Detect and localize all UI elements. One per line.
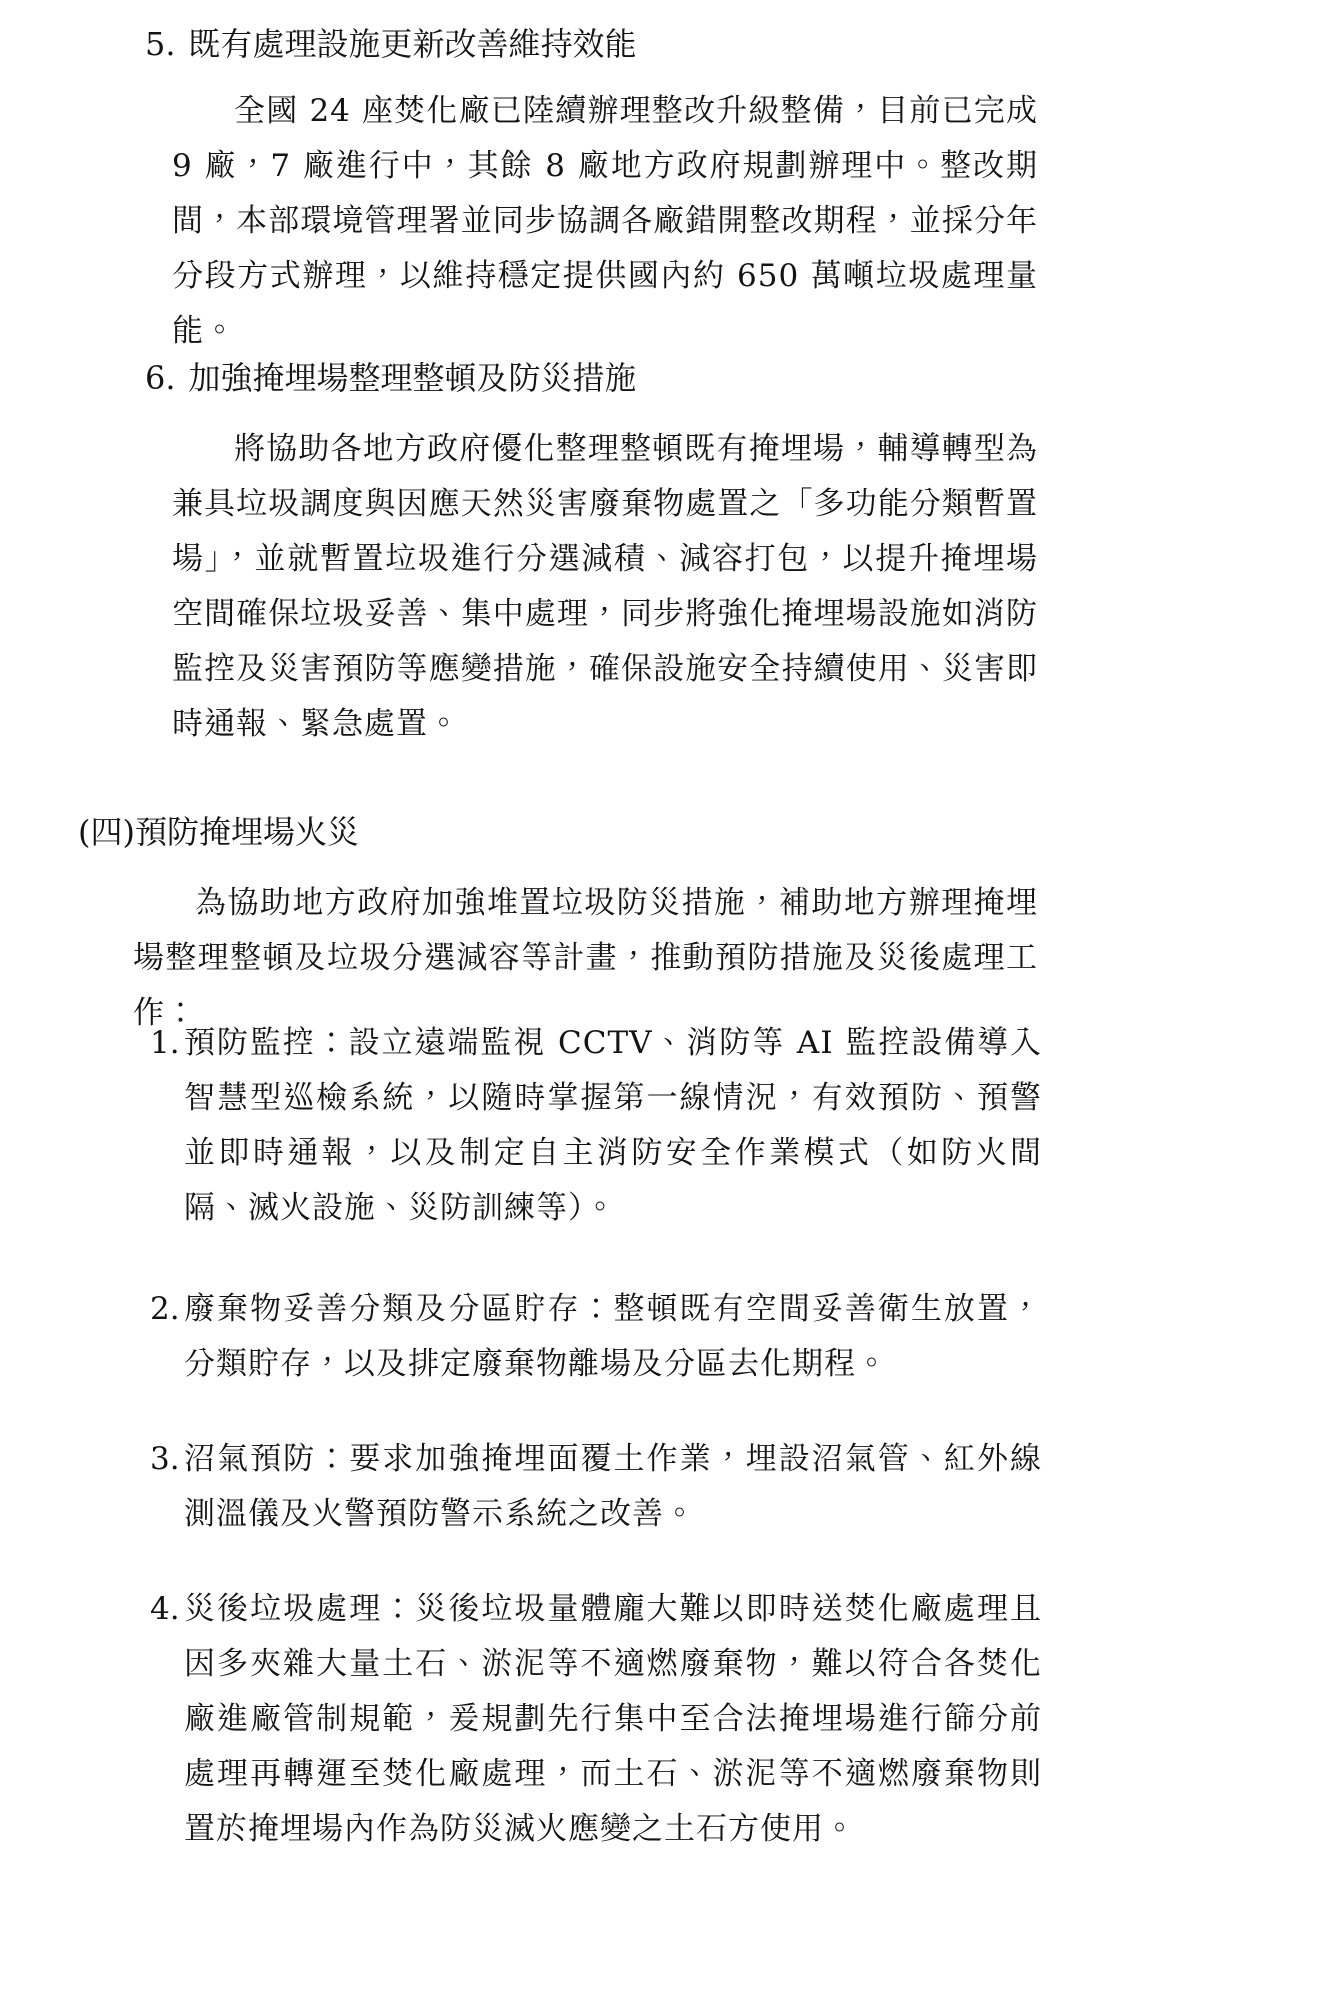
list-item-1-number: 1. [150, 1016, 184, 1071]
section-5-number: 5. [145, 22, 176, 66]
list-item-4: 4. 災後垃圾處理：災後垃圾量體龐大難以即時送焚化廠處理且因多夾雜大量土石、淤泥… [150, 1582, 1042, 1857]
section-6-title: 加強掩埋場整理整頓及防災措施 [189, 356, 637, 400]
list-item-2-number: 2. [150, 1282, 184, 1337]
list-item-3-text: 沼氣預防：要求加強掩埋面覆土作業，埋設沼氣管、紅外線測溫儀及火警預防警示系統之改… [184, 1432, 1042, 1542]
section-6-heading: 6. 加強掩埋場整理整頓及防災措施 [145, 356, 637, 400]
section-6-number: 6. [145, 356, 176, 400]
part-4-label: (四) [78, 810, 135, 854]
section-5-paragraph: 全國 24 座焚化廠已陸續辦理整改升級整備，目前已完成 9 廠，7 廠進行中，其… [172, 84, 1038, 359]
list-item-2-text: 廢棄物妥善分類及分區貯存：整頓既有空間妥善衛生放置，分類貯存，以及排定廢棄物離場… [184, 1282, 1042, 1392]
document-page: 5. 既有處理設施更新改善維持效能 全國 24 座焚化廠已陸續辦理整改升級整備，… [0, 0, 1332, 1994]
list-item-4-number: 4. [150, 1582, 184, 1637]
list-item-3-number: 3. [150, 1432, 184, 1487]
list-item-1-text: 預防監控：設立遠端監視 CCTV、消防等 AI 監控設備導入智慧型巡檢系統，以隨… [184, 1016, 1042, 1236]
section-5-heading: 5. 既有處理設施更新改善維持效能 [145, 22, 637, 66]
list-item-4-text: 災後垃圾處理：災後垃圾量體龐大難以即時送焚化廠處理且因多夾雜大量土石、淤泥等不適… [184, 1582, 1042, 1857]
list-item-2: 2. 廢棄物妥善分類及分區貯存：整頓既有空間妥善衛生放置，分類貯存，以及排定廢棄… [150, 1282, 1042, 1392]
list-item-3: 3. 沼氣預防：要求加強掩埋面覆土作業，埋設沼氣管、紅外線測溫儀及火警預防警示系… [150, 1432, 1042, 1542]
part-4-heading: (四) 預防掩埋場火災 [78, 810, 359, 854]
section-5-title: 既有處理設施更新改善維持效能 [189, 22, 637, 66]
part-4-title: 預防掩埋場火災 [135, 810, 359, 854]
section-6-paragraph: 將協助各地方政府優化整理整頓既有掩埋場，輔導轉型為兼具垃圾調度與因應天然災害廢棄… [172, 422, 1038, 752]
list-item-1: 1. 預防監控：設立遠端監視 CCTV、消防等 AI 監控設備導入智慧型巡檢系統… [150, 1016, 1042, 1236]
